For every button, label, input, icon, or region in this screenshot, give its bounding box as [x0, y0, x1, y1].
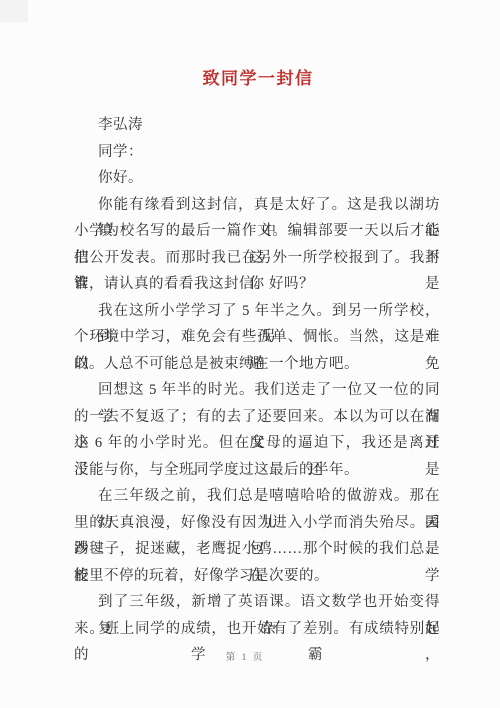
paragraph-line: 的一去不复返了；有的去了还要回来。本以为可以在湖小度过 [74, 404, 440, 431]
scan-artifact [0, 0, 28, 22]
salutation-line: 同学： [74, 139, 440, 166]
paragraph-line: 在三年级之前，我们总是嘻嘻哈哈的做游戏。那在幼儿园 [74, 483, 440, 510]
paragraph-line: 信公开发表。而那时我已在另外一所学校报到了。我不管你是 [74, 245, 440, 272]
paragraph-line: 个环境中学习，难免会有些孤单、惆怅。当然，这是难以避免 [74, 324, 440, 351]
greeting-line: 你好。 [74, 165, 440, 192]
paragraph-line: 我在这所小学学习了 5 年半之久。到另一所学校，到另一 [74, 298, 440, 325]
letter-body: 李弘涛同学：你好。你能有缘看到这封信，真是太好了。这是我以湖坊镇中心小学为校名写… [0, 112, 500, 642]
page-number: 第 1 页 [0, 649, 490, 663]
paragraph-line: 踢毽子，捉迷藏，老鹰捉小鸡……那个时候的我们总是能在学 [74, 536, 440, 563]
paragraph-line: 你能有缘看到这封信，真是太好了。这是我以湖坊镇中心 [74, 192, 440, 219]
paragraph-line: 这 6 年的小学时光。但在父母的逼迫下，我还是离开了。还是 [74, 430, 440, 457]
paragraph-line: 到了三年级，新增了英语课。语文数学也开始变得复杂起 [74, 589, 440, 616]
letter-page: 致同学一封信 李弘涛同学：你好。你能有缘看到这封信，真是太好了。这是我以湖坊镇中… [0, 0, 500, 708]
page-title: 致同学一封信 [0, 64, 500, 93]
author-line: 李弘涛 [74, 112, 440, 139]
paragraph-line: 来。班上同学的成绩，也开始有了差别。有成绩特别好的学霸， [74, 616, 440, 643]
paragraph-line: 里的天真浪漫，好像没有因为进入小学而消失殆尽。丢沙包、 [74, 510, 440, 537]
paragraph-line: 回想这 5 年半的时光。我们送走了一位又一位的同学。有 [74, 377, 440, 404]
paragraph-line: 小学为校名写的最后一篇作文。编辑部要一天以后才能把这封 [74, 218, 440, 245]
